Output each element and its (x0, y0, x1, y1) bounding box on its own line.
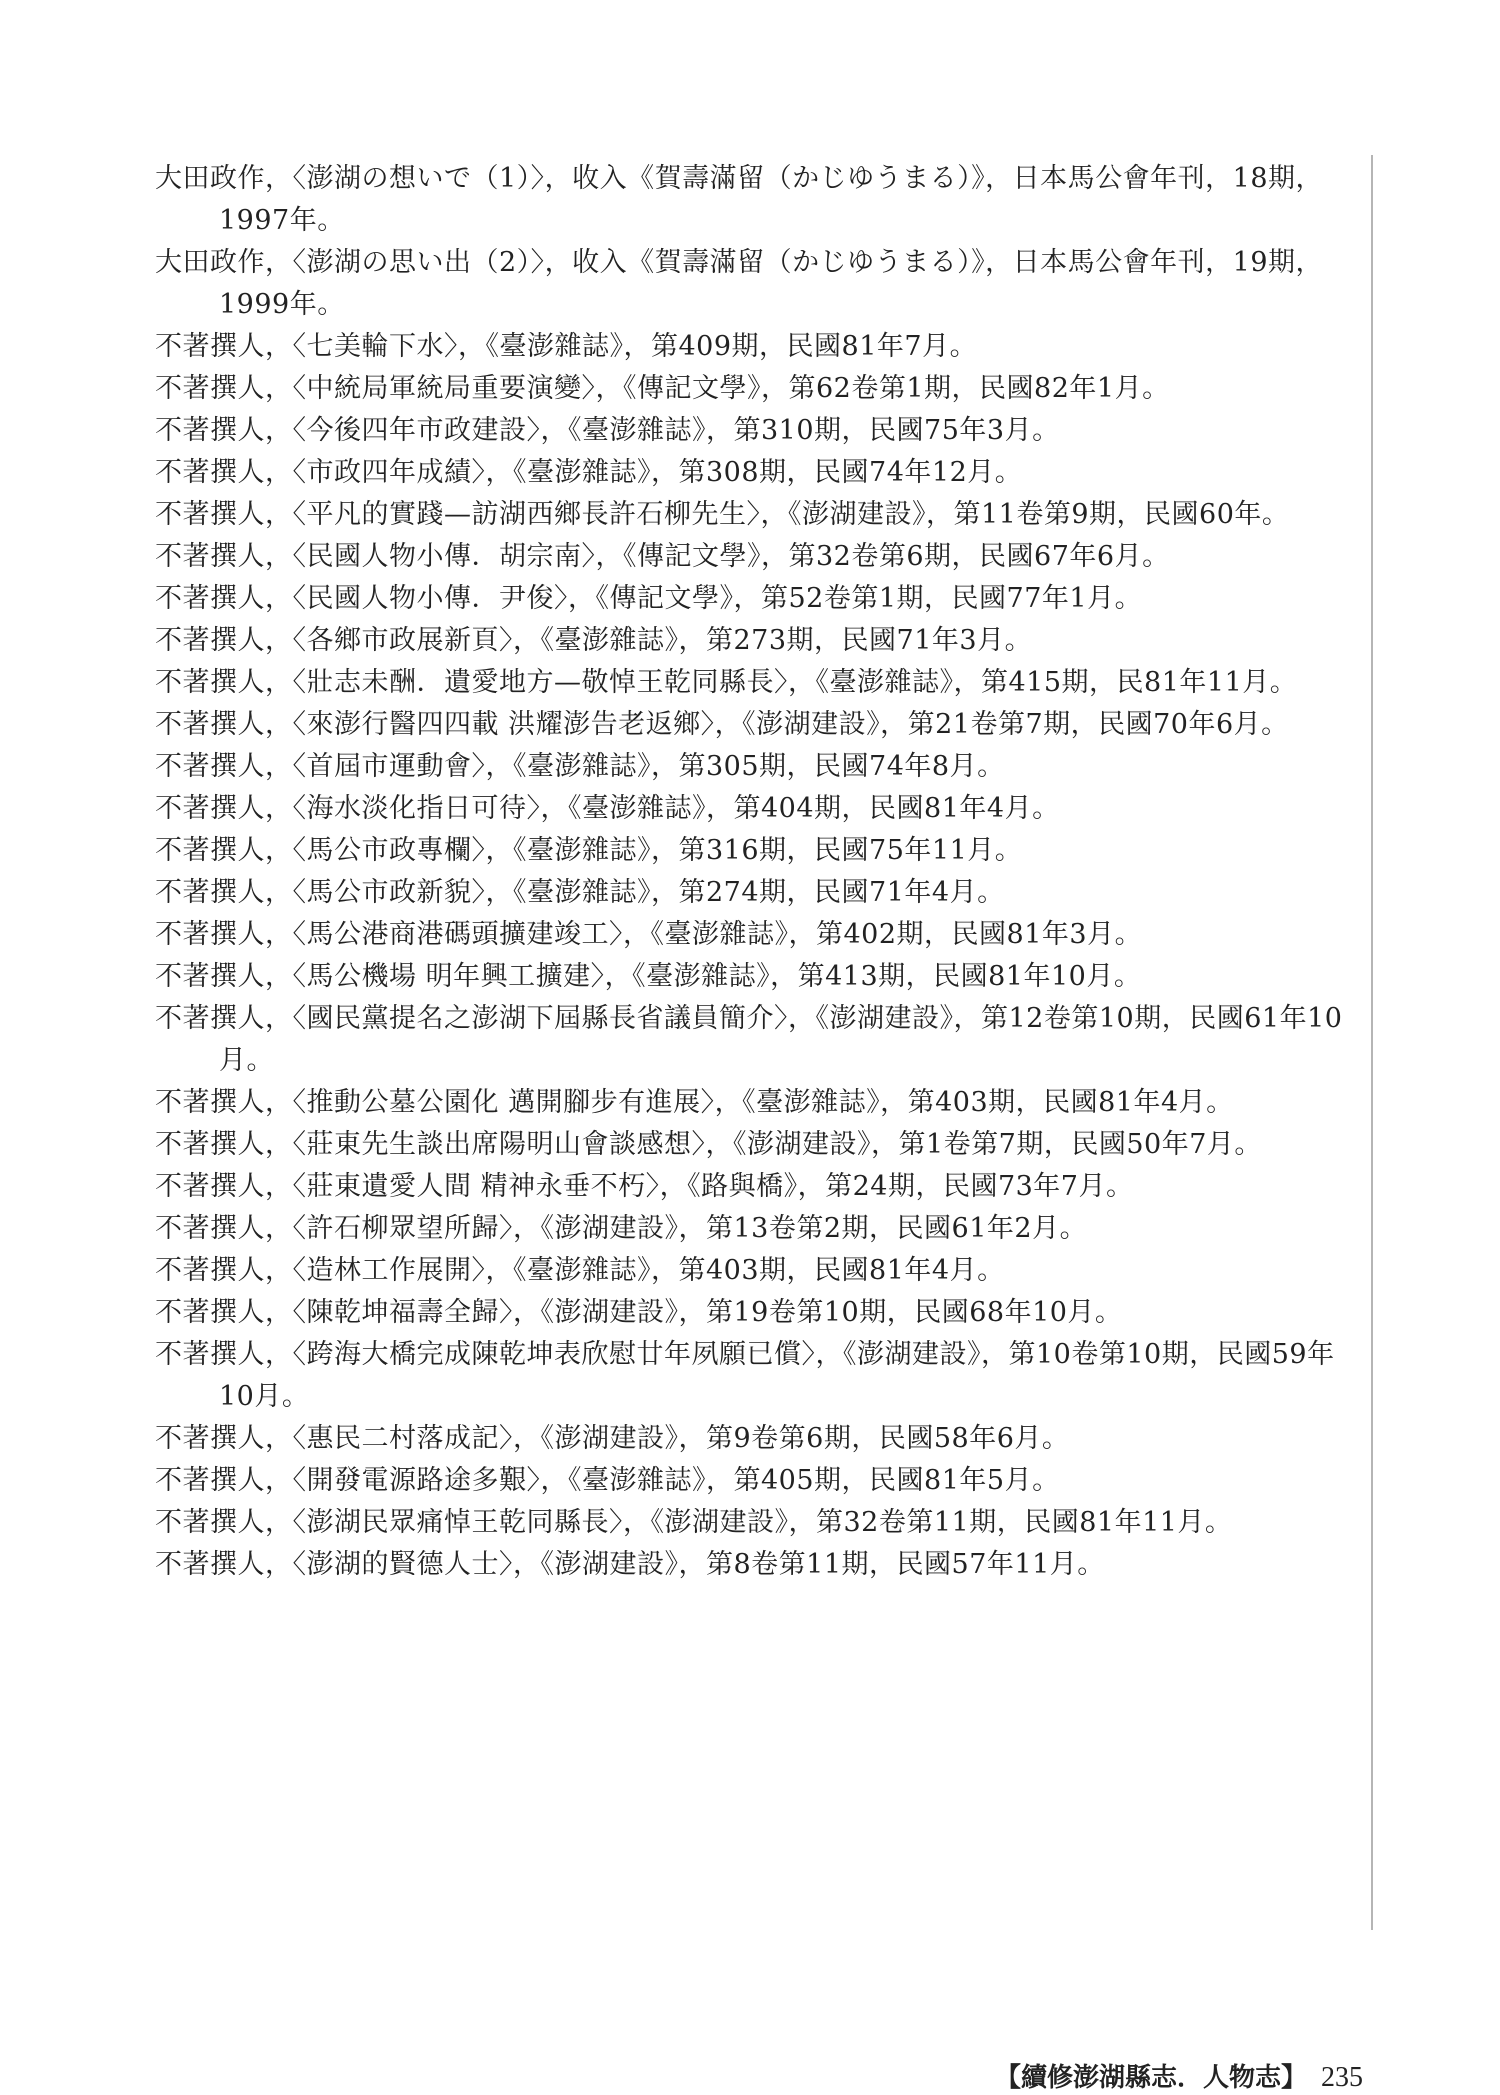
bibliography-entry: 不著撰人，〈馬公市政新貌〉，《臺澎雜誌》，第274期，民國71年4月。 (155, 872, 1355, 914)
bibliography-entry: 不著撰人，〈各鄉市政展新頁〉，《臺澎雜誌》，第273期，民國71年3月。 (155, 620, 1355, 662)
bibliography-entry: 不著撰人，〈陳乾坤福壽全歸〉，《澎湖建設》，第19卷第10期，民國68年10月。 (155, 1292, 1355, 1334)
bibliography-entry: 不著撰人，〈國民黨提名之澎湖下屆縣長省議員簡介〉，《澎湖建設》，第12卷第10期… (155, 998, 1355, 1082)
bibliography-entry: 不著撰人，〈推動公墓公園化 邁開腳步有進展〉，《臺澎雜誌》，第403期，民國81… (155, 1082, 1355, 1124)
page-footer: 【續修澎湖縣志．人物志】235 (995, 2057, 1363, 2094)
document-page: 大田政作，〈澎湖の想いで（1）〉，收入《賀壽滿留（かじゆうまる）》，日本馬公會年… (0, 0, 1500, 2095)
bibliography-entry: 不著撰人，〈首屆市運動會〉，《臺澎雜誌》，第305期，民國74年8月。 (155, 746, 1355, 788)
bibliography-entry: 不著撰人，〈跨海大橋完成陳乾坤表欣慰廿年夙願已償〉，《澎湖建設》，第10卷第10… (155, 1334, 1355, 1418)
bibliography-entry: 不著撰人，〈民國人物小傳．尹俊〉，《傳記文學》，第52卷第1期，民國77年1月。 (155, 578, 1355, 620)
bibliography-entry: 不著撰人，〈七美輪下水〉，《臺澎雜誌》，第409期，民國81年7月。 (155, 326, 1355, 368)
page-number: 235 (1321, 2062, 1363, 2093)
bibliography-list: 大田政作，〈澎湖の想いで（1）〉，收入《賀壽滿留（かじゆうまる）》，日本馬公會年… (155, 158, 1355, 1586)
bibliography-entry: 不著撰人，〈澎湖民眾痛悼王乾同縣長〉，《澎湖建設》，第32卷第11期，民國81年… (155, 1502, 1355, 1544)
bibliography-entry: 不著撰人，〈中統局軍統局重要演變〉，《傳記文學》，第62卷第1期，民國82年1月… (155, 368, 1355, 410)
bibliography-entry: 不著撰人，〈海水淡化指日可待〉，《臺澎雜誌》，第404期，民國81年4月。 (155, 788, 1355, 830)
bibliography-entry: 大田政作，〈澎湖の思い出（2）〉，收入《賀壽滿留（かじゆうまる）》，日本馬公會年… (155, 242, 1355, 326)
bibliography-entry: 不著撰人，〈惠民二村落成記〉，《澎湖建設》，第9卷第6期，民國58年6月。 (155, 1418, 1355, 1460)
bibliography-entry: 不著撰人，〈馬公港商港碼頭擴建竣工〉，《臺澎雜誌》，第402期，民國81年3月。 (155, 914, 1355, 956)
bibliography-entry: 不著撰人，〈民國人物小傳．胡宗南〉，《傳記文學》，第32卷第6期，民國67年6月… (155, 536, 1355, 578)
bibliography-entry: 不著撰人，〈今後四年市政建設〉，《臺澎雜誌》，第310期，民國75年3月。 (155, 410, 1355, 452)
bibliography-entry: 不著撰人，〈莊東遺愛人間 精神永垂不朽〉，《路與橋》，第24期，民國73年7月。 (155, 1166, 1355, 1208)
bibliography-entry: 不著撰人，〈馬公機場 明年興工擴建〉，《臺澎雜誌》，第413期，民國81年10月… (155, 956, 1355, 998)
bibliography-entry: 大田政作，〈澎湖の想いで（1）〉，收入《賀壽滿留（かじゆうまる）》，日本馬公會年… (155, 158, 1355, 242)
book-title: 【續修澎湖縣志．人物志】 (995, 2063, 1307, 2093)
bibliography-entry: 不著撰人，〈來澎行醫四四載 洪耀澎告老返鄉〉，《澎湖建設》，第21卷第7期，民國… (155, 704, 1355, 746)
bibliography-entry: 不著撰人，〈澎湖的賢德人士〉，《澎湖建設》，第8卷第11期，民國57年11月。 (155, 1544, 1355, 1586)
bibliography-entry: 不著撰人，〈市政四年成績〉，《臺澎雜誌》，第308期，民國74年12月。 (155, 452, 1355, 494)
bibliography-entry: 不著撰人，〈許石柳眾望所歸〉，《澎湖建設》，第13卷第2期，民國61年2月。 (155, 1208, 1355, 1250)
bibliography-entry: 不著撰人，〈平凡的實踐—訪湖西鄉長許石柳先生〉，《澎湖建設》，第11卷第9期，民… (155, 494, 1355, 536)
bibliography-entry: 不著撰人，〈馬公市政專欄〉，《臺澎雜誌》，第316期，民國75年11月。 (155, 830, 1355, 872)
bibliography-entry: 不著撰人，〈開發電源路途多艱〉，《臺澎雜誌》，第405期，民國81年5月。 (155, 1460, 1355, 1502)
bibliography-entry: 不著撰人，〈莊東先生談出席陽明山會談感想〉，《澎湖建設》，第1卷第7期，民國50… (155, 1124, 1355, 1166)
margin-rule (1371, 155, 1373, 1930)
bibliography-entry: 不著撰人，〈壯志未酬．遺愛地方—敬悼王乾同縣長〉，《臺澎雜誌》，第415期，民8… (155, 662, 1355, 704)
bibliography-entry: 不著撰人，〈造林工作展開〉，《臺澎雜誌》，第403期，民國81年4月。 (155, 1250, 1355, 1292)
